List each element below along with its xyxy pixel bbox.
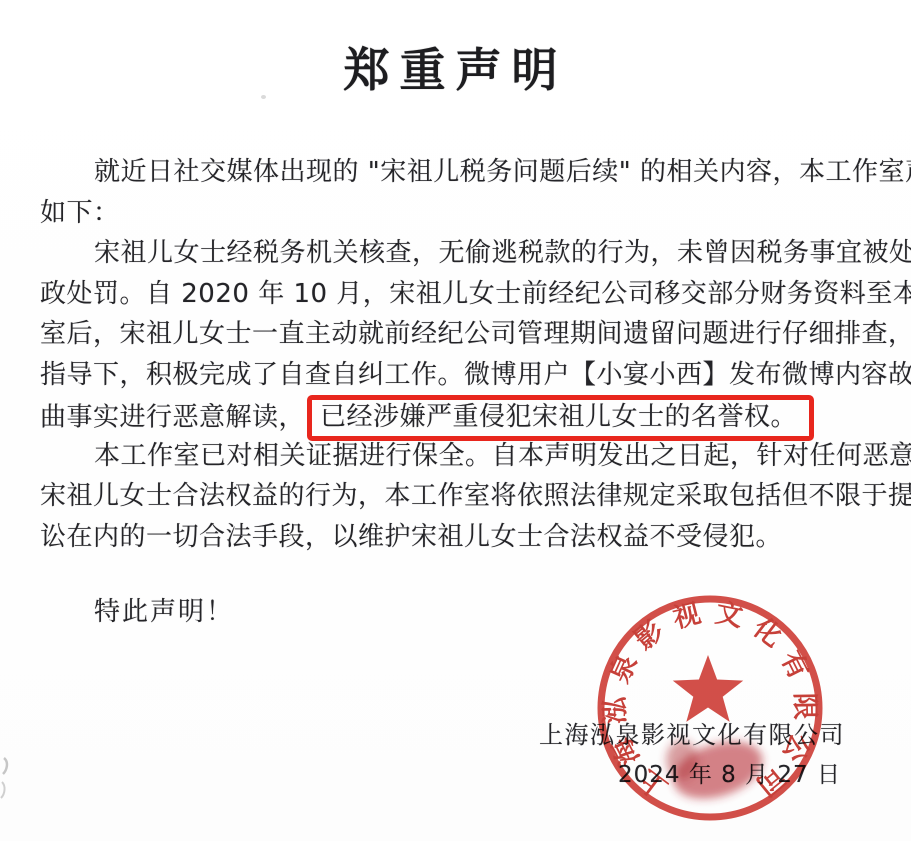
closing-line: 特此声明！: [94, 592, 234, 632]
company-seal: 上海泓泉影视文化有限公司: [590, 588, 830, 828]
statement-line-3: 宋祖儿女士经税务机关核查，无偷逃税款的行为，未曾因税务事宜被处以行: [40, 233, 878, 274]
statement-line-4: 政处罚。自 2020 年 10 月，宋祖儿女士前经纪公司移交部分财务资料至本工作: [40, 274, 878, 315]
statement-line-10: 讼在内的一切合法手段，以维护宋祖儿女士合法权益不受侵犯。: [40, 517, 878, 558]
scan-speck: [261, 95, 266, 99]
highlight-box: 已经涉嫌严重侵犯宋祖儿女士的名誉权。: [307, 395, 814, 441]
statement-line-7: 曲事实进行恶意解读，已经涉嫌严重侵犯宋祖儿女士的名誉权。: [40, 395, 878, 436]
seal-ink-smudge-small: [666, 740, 698, 780]
statement-document: 郑重声明 就近日社交媒体出现的 "宋祖儿税务问题后续" 的相关内容，本工作室声明…: [0, 0, 911, 841]
statement-body: 就近日社交媒体出现的 "宋祖儿税务问题后续" 的相关内容，本工作室声明 如下： …: [40, 152, 878, 557]
statement-line-7-text: 曲事实进行恶意解读，: [40, 403, 305, 433]
statement-line-2: 如下：: [40, 193, 878, 234]
scan-artifact: [0, 750, 22, 800]
statement-line-5: 室后，宋祖儿女士一直主动就前经纪公司管理期间遗留问题进行仔细排查，并在: [40, 314, 878, 355]
statement-line-1: 就近日社交媒体出现的 "宋祖儿税务问题后续" 的相关内容，本工作室声明: [40, 152, 878, 193]
document-title: 郑重声明: [0, 34, 911, 100]
statement-line-9: 宋祖儿女士合法权益的行为，本工作室将依照法律规定采取包括但不限于提起诉: [40, 476, 878, 517]
seal-star-icon: [673, 655, 743, 722]
statement-line-6: 指导下，积极完成了自查自纠工作。微博用户【小宴小西】发布微博内容故意歪: [40, 355, 878, 396]
highlighted-text: 已经涉嫌严重侵犯宋祖儿女士的名誉权。: [320, 402, 797, 432]
statement-line-8: 本工作室已对相关证据进行保全。自本声明发出之日起，针对任何恶意侵犯: [40, 436, 878, 477]
